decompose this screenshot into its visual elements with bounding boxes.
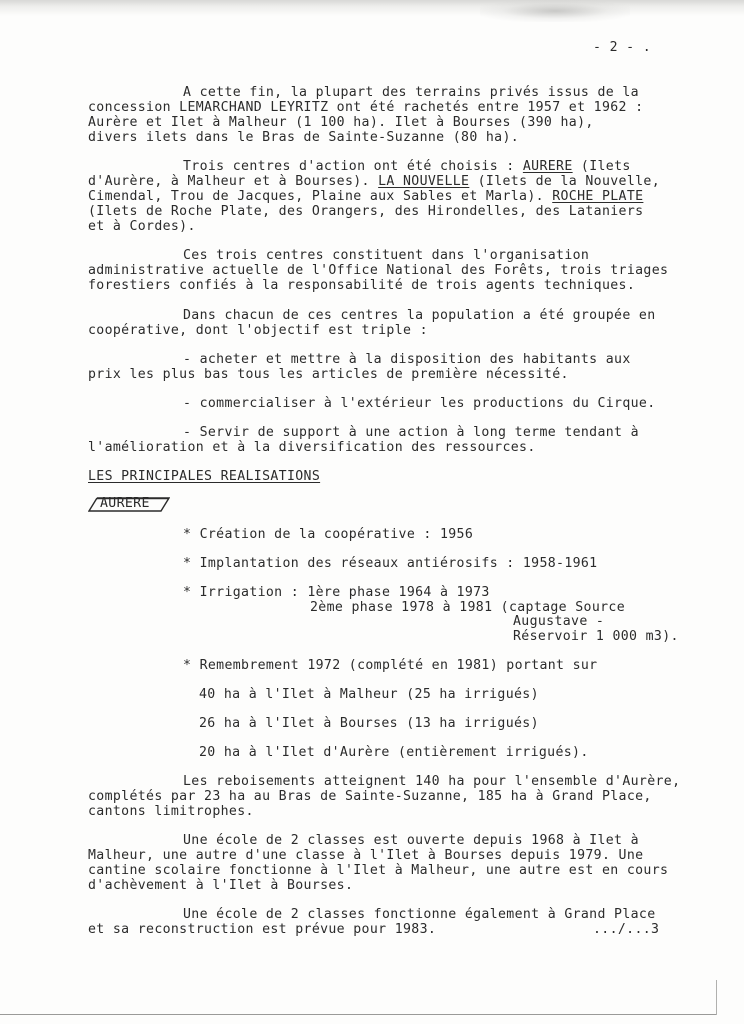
p4-line-2: coopérative, dont l'objectif est triple … — [88, 323, 428, 338]
remembrement-malheur: 40 ha à l'Ilet à Malheur (25 ha irrigués… — [199, 687, 539, 702]
centre-la-nouvelle: LA NOUVELLE — [378, 174, 469, 189]
p2-text: Trois centres d'action ont été choisis : — [183, 159, 523, 174]
p1-line-3: Aurère et Ilet à Malheur (1 100 ha). Ile… — [88, 115, 594, 130]
p6-line-2: Malheur, une autre d'une classe à l'Ilet… — [88, 848, 643, 863]
p2-line-5: et à Cordes). — [88, 219, 196, 234]
p2-line-4: (Ilets de Roche Plate, des Orangers, des… — [88, 204, 643, 219]
remembrement-aurere: 20 ha à l'Ilet d'Aurère (entièrement irr… — [199, 745, 589, 760]
p5-line-3: cantons limitrophes. — [88, 804, 254, 819]
subheading-aurere: AURERE — [100, 496, 150, 511]
p5-line-1: Les reboisements atteignent 140 ha pour … — [183, 774, 680, 789]
bullet-remembrement: * Remembrement 1972 (complété en 1981) p… — [183, 658, 597, 673]
scan-blot — [480, 0, 630, 22]
bullet-irrigation-line-2: 2ème phase 1978 à 1981 (captage Source — [310, 600, 625, 615]
p2-text: Cimendal, Trou de Jacques, Plaine aux Sa… — [88, 189, 552, 204]
bullet-reseaux: * Implantation des réseaux antiérosifs :… — [183, 556, 597, 571]
document-page: - 2 - . A cette fin, la plupart des terr… — [0, 0, 744, 1024]
p7-line-2: et sa reconstruction est prévue pour 198… — [88, 922, 436, 937]
bullet-irrigation-line-1: * Irrigation : 1ère phase 1964 à 1973 — [183, 585, 490, 600]
p2-text: (Ilets de la Nouvelle, — [469, 174, 660, 189]
remembrement-bourses: 26 ha à l'Ilet à Bourses (13 ha irrigués… — [199, 716, 539, 731]
p6-line-1: Une école de 2 classes est ouverte depui… — [183, 833, 639, 848]
scan-shadow-top — [0, 0, 744, 16]
p5-line-2: complétés par 23 ha au Bras de Sainte-Su… — [88, 789, 652, 804]
centre-roche-plate: ROCHE PLATE — [552, 189, 643, 204]
p1-line-1: A cette fin, la plupart des terrains pri… — [183, 85, 639, 100]
subheading-box: AURERE — [88, 497, 170, 511]
p1-line-2: concession LEMARCHAND LEYRITZ ont été ra… — [88, 100, 643, 115]
centre-aurere: AURERE — [523, 159, 573, 174]
bullet-cooperative: * Création de la coopérative : 1956 — [183, 527, 473, 542]
objective-1-line-2: prix les plus bas tous les articles de p… — [88, 367, 569, 382]
continuation-marker: .../...3 — [593, 922, 659, 937]
objective-3-line-1: - Servir de support à une action à long … — [183, 425, 639, 440]
p6-line-4: d'achèvement à l'Ilet à Bourses. — [88, 878, 353, 893]
objective-2: - commercialiser à l'extérieur les produ… — [183, 396, 656, 411]
p6-line-3: cantine scolaire fonctionne à l'Ilet à M… — [88, 863, 668, 878]
p2-line-3: Cimendal, Trou de Jacques, Plaine aux Sa… — [88, 189, 643, 204]
p7-line-1: Une école de 2 classes fonctionne égalem… — [183, 907, 656, 922]
p3-line-1: Ces trois centres constituent dans l'org… — [183, 248, 589, 263]
page-edge-right — [716, 980, 717, 1015]
section-heading: LES PRINCIPALES REALISATIONS — [88, 469, 320, 484]
p4-line-1: Dans chacun de ces centres la population… — [183, 308, 656, 323]
p2-text: (Ilets — [573, 159, 631, 174]
p2-line-2: d'Aurère, à Malheur et à Bourses). LA NO… — [88, 174, 660, 189]
bullet-irrigation-line-3: Augustave - — [513, 614, 604, 629]
p3-line-2: administrative actuelle de l'Office Nati… — [88, 263, 668, 278]
bullet-irrigation-line-4: Réservoir 1 000 m3). — [513, 629, 679, 644]
p3-line-3: forestiers confiés à la responsabilité d… — [88, 278, 635, 293]
page-edge-bottom — [0, 1014, 716, 1015]
p2-text: d'Aurère, à Malheur et à Bourses). — [88, 174, 378, 189]
page-number: - 2 - . — [593, 40, 651, 55]
objective-1-line-1: - acheter et mettre à la disposition des… — [183, 352, 631, 367]
p2-line-1: Trois centres d'action ont été choisis :… — [183, 159, 631, 174]
objective-3-line-2: l'amélioration et à la diversification d… — [88, 440, 536, 455]
p1-line-4: divers ilets dans le Bras de Sainte-Suza… — [88, 130, 519, 145]
